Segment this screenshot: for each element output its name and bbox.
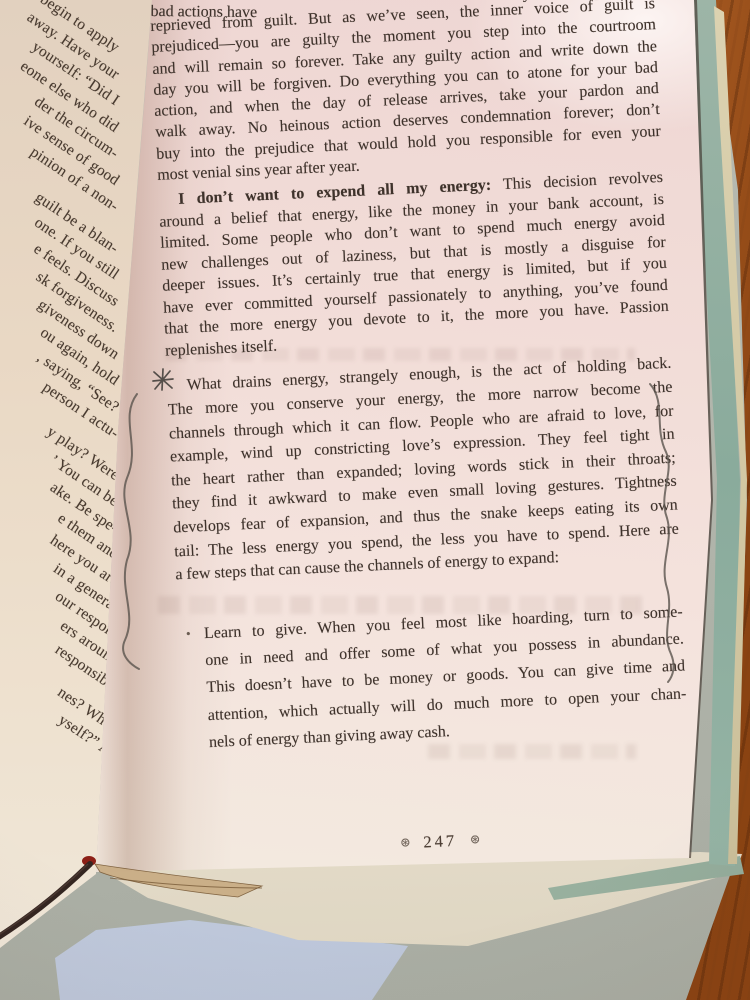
left-page-line-fragment: yself?” All (0, 748, 116, 775)
page-number: 247 (423, 831, 458, 853)
page-footer: ⊛ 247 ⊛ (188, 820, 693, 863)
bullet-learn-to-give: • Learn to give. When you feel most like… (203, 598, 688, 756)
paragraph-guilt: reprieved from guilt. But as we’ve seen,… (150, 0, 662, 186)
left-page-text-fragments: begin to apply away. Have your yourself:… (0, 40, 116, 774)
paragraph-energy: I don’t want to expend all my energy: Th… (158, 167, 670, 362)
page-text-block: reprieved from guilt. But as we’ve seen,… (150, 0, 693, 863)
bullet-lines: Learn to give. When you feel most like h… (203, 598, 688, 756)
book-photo: begin to apply away. Have your yourself:… (0, 0, 750, 1000)
paragraph-drains: What drains energy, strangely enough, is… (166, 352, 680, 587)
rosette-ornament-icon: ⊛ (400, 835, 411, 850)
rosette-ornament-icon: ⊛ (470, 832, 481, 847)
bullet-icon: • (186, 626, 191, 642)
